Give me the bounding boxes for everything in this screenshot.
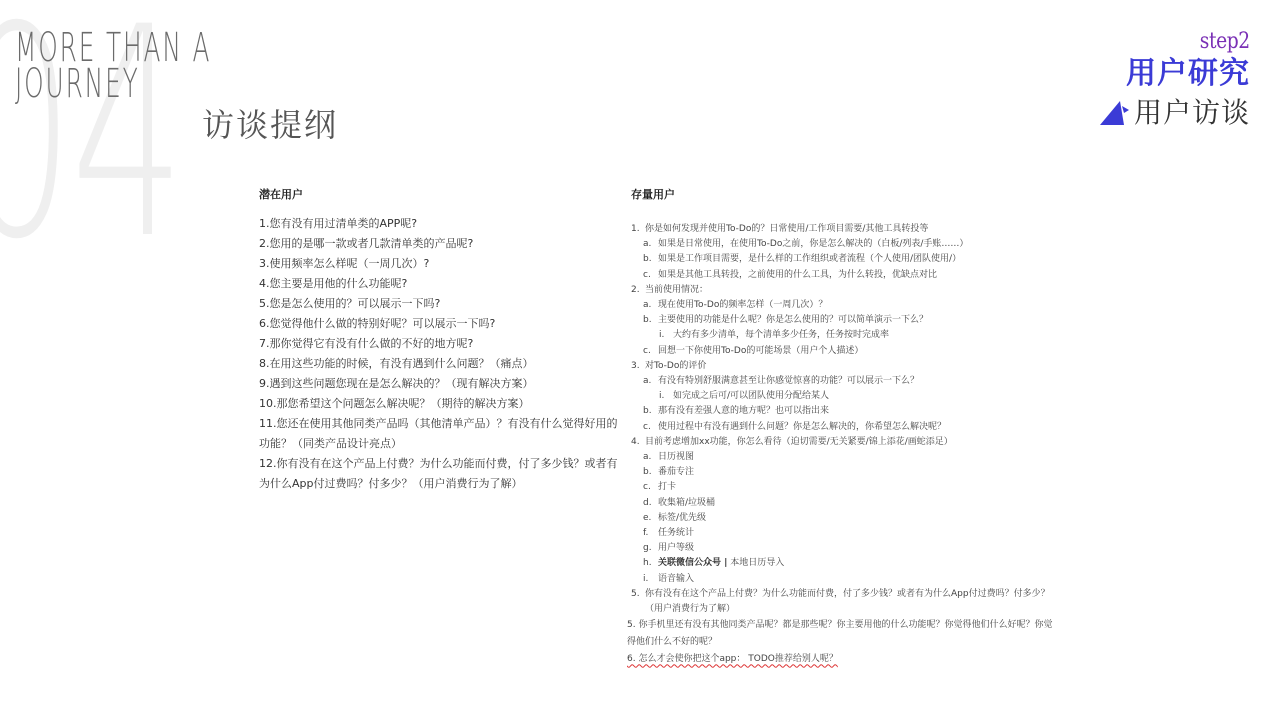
- outline-item-marker: h.: [643, 556, 658, 571]
- question-item: 10.那您希望这个问题怎么解决呢？（期待的解决方案）: [259, 394, 619, 414]
- outline-item-level-3: i.如完成之后可/可以团队使用分配给某人: [631, 389, 1061, 404]
- question-item: 2.您用的是哪一款或者几款清单类的产品呢?: [259, 234, 619, 254]
- potential-users-questions: 1.您有没有用过清单类的APP呢? 2.您用的是哪一款或者几款清单类的产品呢? …: [259, 214, 619, 494]
- outline-item-level-2: c.打卡: [631, 480, 1061, 495]
- outline-item-marker: i.: [659, 389, 673, 404]
- outline-item-level-2: i.语音输入: [631, 572, 1061, 587]
- outline-item-level-3: i.大约有多少清单，每个清单多少任务，任务按时完成率: [631, 328, 1061, 343]
- outline-item-level-2: f.任务统计: [631, 526, 1061, 541]
- outline-item-text: 用户等级: [658, 541, 694, 556]
- outline-item-marker: i.: [643, 572, 658, 587]
- outline-item-level-2: c.使用过程中有没有遇到什么问题？你是怎么解决的，你希望怎么解决呢？: [631, 420, 1061, 435]
- outline-item-text: 当前使用情况：: [645, 283, 708, 298]
- triangle-pointer-icon: [1098, 98, 1132, 128]
- outline-item-text: 语音输入: [658, 572, 694, 587]
- outline-item-level-1: 5.你有没有在这个产品上付费？为什么功能而付费，付了多少钱？或者有为什么App付…: [631, 587, 1061, 617]
- outline-item-rest-text: 本地日历导入: [727, 558, 784, 568]
- outline-item-text: 对To-Do的评价: [645, 359, 706, 374]
- question-item: 11.您还在使用其他同类产品吗（其他清单产品）？有没有什么觉得好用的功能？（同类…: [259, 414, 619, 454]
- outline-item-level-2: a.现在使用To-Do的频率怎样（一周几次）？: [631, 298, 1061, 313]
- outline-item-marker: b.: [643, 465, 658, 480]
- outline-item-marker: 3.: [631, 359, 645, 374]
- outline-item-level-1: 2.当前使用情况：: [631, 283, 1061, 298]
- outline-item-text: 打卡: [658, 480, 676, 495]
- outline-item-marker: g.: [643, 541, 658, 556]
- outline-item-level-1: 4.目前考虑增加xx功能，你怎么看待（迫切需要/无关紧要/锦上添花/画蛇添足）: [631, 435, 1061, 450]
- outline-item-text: 任务统计: [658, 526, 694, 541]
- outline-item-marker: c.: [643, 344, 658, 359]
- outline-item-text: 如果是日常使用，在使用To-Do之前，你是怎么解决的（白板/列表/手账……）: [658, 237, 968, 252]
- outline-item-level-2: a.有没有特别舒服满意甚至让你感觉惊喜的功能？可以展示一下么？: [631, 374, 1061, 389]
- page-title: 访谈提纲: [202, 100, 338, 146]
- potential-users-section: 潜在用户 1.您有没有用过清单类的APP呢? 2.您用的是哪一款或者几款清单类的…: [259, 186, 619, 494]
- question-item: 9.遇到这些问题您现在是怎么解决的？（现有解决方案）: [259, 374, 619, 394]
- outline-item-marker: a.: [643, 374, 658, 389]
- outline-item-text: 你有没有在这个产品上付费？为什么功能而付费，付了多少钱？或者有为什么App付过费…: [645, 587, 1061, 617]
- outline-item-marker: c.: [643, 268, 658, 283]
- outline-item-marker: 4.: [631, 435, 645, 450]
- outline-item-level-2: b.那有没有差强人意的地方呢？也可以指出来: [631, 404, 1061, 419]
- outline-item-marker: 1.: [631, 222, 645, 237]
- question-item: 3.使用频率怎么样呢（一周几次）?: [259, 254, 619, 274]
- subsection-label: 用户访谈: [1134, 96, 1250, 130]
- question-item: 5.您是怎么使用的？可以展示一下吗?: [259, 294, 619, 314]
- outline-item-text: 那有没有差强人意的地方呢？也可以指出来: [658, 404, 829, 419]
- outline-item-text: 主要使用的功能是什么呢？你是怎么使用的？可以简单演示一下么？: [658, 313, 928, 328]
- outline-item-level-2: b.番茄专注: [631, 465, 1061, 480]
- extra-question: 6. 怎么才会使你把这个app： TODO推荐给别人呢？: [627, 651, 1061, 668]
- potential-users-title: 潜在用户: [259, 186, 619, 202]
- question-item: 8.在用这些功能的时候，有没有遇到什么问题？（痛点）: [259, 354, 619, 374]
- section-title: 用户研究: [1098, 56, 1250, 92]
- outline-item-text: 日历视图: [658, 450, 694, 465]
- subsection-heading: 用户访谈: [1098, 96, 1250, 130]
- outline-item-text: 你是如何发现并使用To-Do的？日常使用/工作项目需要/其他工具转投等: [645, 222, 928, 237]
- outline-item-text: 使用过程中有没有遇到什么问题？你是怎么解决的，你希望怎么解决呢？: [658, 420, 946, 435]
- outline-item-marker: d.: [643, 496, 658, 511]
- question-item: 6.您觉得他什么做的特别好呢？可以展示一下吗?: [259, 314, 619, 334]
- outline-item-text: 回想一下你使用To-Do的可能场景（用户个人描述）: [658, 344, 863, 359]
- question-item: 1.您有没有用过清单类的APP呢?: [259, 214, 619, 234]
- extra-question: 5. 你手机里还有没有其他同类产品呢？都是那些呢？你主要用他的什么功能呢？你觉得…: [627, 617, 1061, 651]
- outline-item-text: 大约有多少清单，每个清单多少任务，任务按时完成率: [673, 328, 889, 343]
- outline-item-marker: i.: [659, 328, 673, 343]
- outline-item-bold-text: 关联微信公众号 |: [658, 558, 727, 568]
- outline-item-marker: a.: [643, 298, 658, 313]
- outline-item-marker: a.: [643, 450, 658, 465]
- outline-item-text: 目前考虑增加xx功能，你怎么看待（迫切需要/无关紧要/锦上添花/画蛇添足）: [645, 435, 953, 450]
- existing-users-title: 存量用户: [631, 186, 1061, 202]
- tagline: MORE THAN A JOURNEY: [15, 30, 211, 102]
- outline-item-level-1: 1.你是如何发现并使用To-Do的？日常使用/工作项目需要/其他工具转投等: [631, 222, 1061, 237]
- outline-item-marker: e.: [643, 511, 658, 526]
- outline-item-marker: f.: [643, 526, 658, 541]
- outline-item-level-2: c.回想一下你使用To-Do的可能场景（用户个人描述）: [631, 344, 1061, 359]
- section-header: step2 用户研究 用户访谈: [1098, 28, 1250, 130]
- outline-item-level-2: b.主要使用的功能是什么呢？你是怎么使用的？可以简单演示一下么？: [631, 313, 1061, 328]
- outline-item-level-2: h.关联微信公众号 | 本地日历导入: [631, 556, 1061, 571]
- outline-item-level-1: 3.对To-Do的评价: [631, 359, 1061, 374]
- outline-item-marker: b.: [643, 252, 658, 267]
- outline-item-text: 收集箱/垃圾桶: [658, 496, 715, 511]
- outline-item-text: 如果是其他工具转投，之前使用的什么工具，为什么转投，优缺点对比: [658, 268, 937, 283]
- outline-item-level-2: c.如果是其他工具转投，之前使用的什么工具，为什么转投，优缺点对比: [631, 268, 1061, 283]
- extra-question-text: 6. 怎么才会使你把这个app： TODO推荐给别人呢？: [627, 654, 838, 664]
- step-label: step2: [1200, 28, 1250, 56]
- question-item: 12.你有没有在这个产品上付费？为什么功能而付费，付了多少钱？或者有为什么App…: [259, 454, 619, 494]
- outline-item-marker: 5.: [631, 587, 645, 617]
- outline-item-text: 标签/优先级: [658, 511, 706, 526]
- outline-item-text: 有没有特别舒服满意甚至让你感觉惊喜的功能？可以展示一下么？: [658, 374, 919, 389]
- outline-item-text: 番茄专注: [658, 465, 694, 480]
- outline-item-text: 关联微信公众号 | 本地日历导入: [658, 556, 784, 571]
- outline-item-text: 现在使用To-Do的频率怎样（一周几次）？: [658, 298, 827, 313]
- outline-item-level-2: b.如果是工作项目需要，是什么样的工作组织或者流程（个人使用/团队使用/）: [631, 252, 1061, 267]
- existing-users-section: 存量用户 1.你是如何发现并使用To-Do的？日常使用/工作项目需要/其他工具转…: [631, 186, 1061, 668]
- outline-item-marker: c.: [643, 420, 658, 435]
- tagline-line-2: JOURNEY: [15, 66, 211, 102]
- outline-item-marker: a.: [643, 237, 658, 252]
- outline-item-level-2: a.如果是日常使用，在使用To-Do之前，你是怎么解决的（白板/列表/手账……）: [631, 237, 1061, 252]
- question-item: 7.那你觉得它有没有什么做的不好的地方呢?: [259, 334, 619, 354]
- outline-item-level-2: g.用户等级: [631, 541, 1061, 556]
- outline-item-level-2: a.日历视图: [631, 450, 1061, 465]
- outline-item-marker: b.: [643, 404, 658, 419]
- outline-item-text: 如完成之后可/可以团队使用分配给某人: [673, 389, 829, 404]
- outline-item-marker: 2.: [631, 283, 645, 298]
- outline-item-level-2: e.标签/优先级: [631, 511, 1061, 526]
- outline-item-marker: c.: [643, 480, 658, 495]
- existing-users-outline: 1.你是如何发现并使用To-Do的？日常使用/工作项目需要/其他工具转投等a.如…: [631, 222, 1061, 617]
- question-item: 4.您主要是用他的什么功能呢?: [259, 274, 619, 294]
- outline-item-level-2: d.收集箱/垃圾桶: [631, 496, 1061, 511]
- outline-item-marker: b.: [643, 313, 658, 328]
- outline-item-text: 如果是工作项目需要，是什么样的工作组织或者流程（个人使用/团队使用/）: [658, 252, 961, 267]
